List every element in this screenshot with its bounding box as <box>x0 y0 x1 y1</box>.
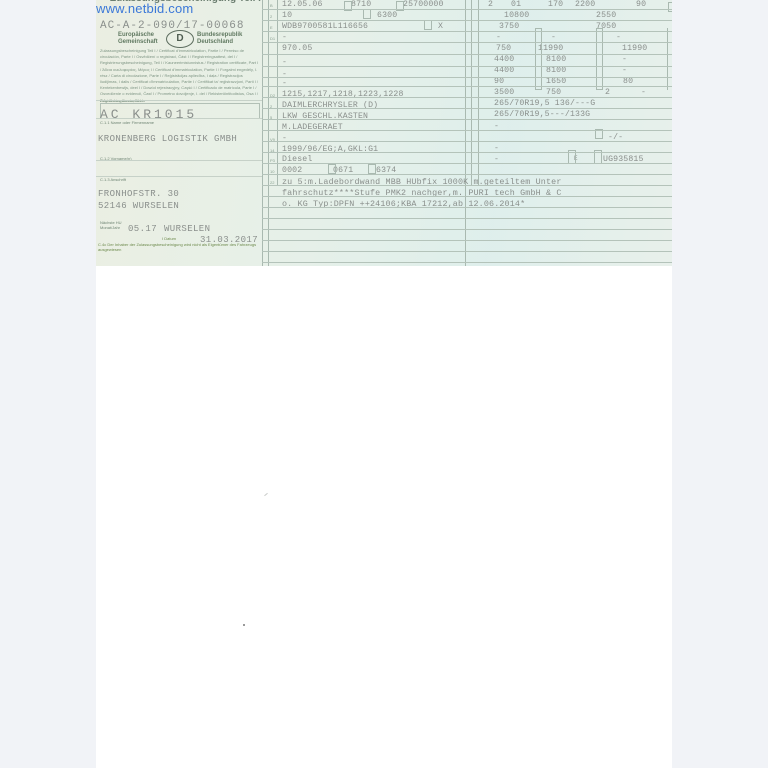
form-rule <box>262 97 672 98</box>
field-value: 1650 <box>546 77 566 86</box>
scan-speck <box>243 624 245 626</box>
axle-load-1-national: 8100 <box>546 55 566 64</box>
axle-load-1: 4400 <box>494 55 514 64</box>
form-rule <box>262 251 672 252</box>
form-rule <box>262 119 672 120</box>
field-code: D1 <box>270 36 275 41</box>
form-rule <box>262 185 672 186</box>
form-rule <box>262 163 672 164</box>
field-box <box>363 9 371 19</box>
height: 3750 <box>499 22 519 31</box>
form-rule <box>262 9 672 10</box>
form-rule <box>262 54 672 55</box>
country-code-oval: D <box>166 30 194 48</box>
next-inspection-date: 05.17 <box>128 224 157 234</box>
vin: WDB9700581L116656 <box>282 22 368 31</box>
form-rule <box>262 141 672 142</box>
field-value: - <box>616 33 621 42</box>
form-rule <box>96 118 262 119</box>
form-rule <box>262 66 672 67</box>
form-rule <box>262 152 672 153</box>
address-street: FRONHOFSTR. 30 <box>98 189 179 199</box>
field-value: - <box>622 66 627 75</box>
form-rule <box>262 20 672 21</box>
field-value: - <box>641 88 646 97</box>
field-box <box>424 20 432 30</box>
date-label: I Datum <box>162 236 176 241</box>
form-rule <box>262 218 672 219</box>
field-box <box>368 164 376 174</box>
field-value: 10 <box>282 11 292 20</box>
holder-label: C.1.1 Name oder Firmenname <box>100 120 154 125</box>
form-rule <box>262 240 672 241</box>
column-divider <box>465 0 466 266</box>
field-box <box>535 28 542 90</box>
width: 2550 <box>596 11 616 20</box>
field-box <box>668 2 672 12</box>
first-registration-date: 12.05.06 <box>282 0 323 9</box>
form-rule <box>262 77 672 78</box>
towing-unbraked: 750 <box>546 88 561 97</box>
issue-place: WURSELEN <box>164 224 210 234</box>
type-variant: 970.05 <box>282 44 312 53</box>
form-rule <box>96 160 262 161</box>
length: 10800 <box>504 11 529 20</box>
field-code: B <box>270 3 273 8</box>
form-rule <box>262 174 672 175</box>
column-divider <box>277 0 278 185</box>
form-rule <box>262 229 672 230</box>
column-divider <box>478 0 479 185</box>
towing-braked: 3500 <box>494 88 514 97</box>
max-speed: 90 <box>636 0 646 9</box>
address-label: C.1.3 Anschrift <box>100 177 126 182</box>
seats: 2 <box>605 88 610 97</box>
form-rule <box>96 176 262 177</box>
column-divider <box>268 0 269 266</box>
form-rule <box>262 42 672 43</box>
rpm: 2200 <box>575 0 595 9</box>
power-kw: 170 <box>548 0 563 9</box>
form-rule <box>262 196 672 197</box>
multilingual-fine-print: Zulassungsbescheinigung Teil I / Certifi… <box>100 48 260 104</box>
form-rule <box>96 100 262 101</box>
holder-name: KRONENBERG LOGISTIK GMBH <box>98 134 237 144</box>
holder-footnote: C.4c Der Inhaber der Zulassungsbescheini… <box>98 242 258 252</box>
field-value: - <box>282 33 287 42</box>
next-inspection-label: Nächste HU Monat/Jahr <box>100 220 128 230</box>
field-value: 01 <box>511 0 521 9</box>
field-value: 6300 <box>377 11 397 20</box>
field-value: 80 <box>623 77 633 86</box>
form-rule <box>262 108 672 109</box>
form-rule <box>262 262 672 263</box>
field-value: - <box>551 33 556 42</box>
field-code: E <box>270 25 273 30</box>
column-divider <box>471 0 472 185</box>
form-rule <box>262 130 672 131</box>
field-code: 2 <box>270 14 272 19</box>
tyre-size-axle-2: 265/70R19,5---/133G <box>494 110 590 119</box>
axles-count: 2 <box>488 0 493 9</box>
vehicle-registration-scan: Zulassungsbescheinigung Teil I www.netbi… <box>96 0 672 266</box>
form-rule <box>262 207 672 208</box>
max-mass-national: 11990 <box>622 44 647 53</box>
type-code: 25700000 <box>403 0 444 9</box>
field-value: 90 <box>494 77 504 86</box>
axle-load-2: 4400 <box>494 66 514 75</box>
field-box <box>328 164 336 174</box>
form-rule <box>262 86 672 87</box>
eu-label: Europäische Gemeinschaft <box>118 32 158 46</box>
holder-panel: Zulassungsbescheinigung Teil I www.netbi… <box>96 0 262 266</box>
field-box <box>667 28 668 90</box>
field-value: 750 <box>496 44 511 53</box>
column-divider <box>262 0 263 266</box>
form-rule <box>262 31 672 32</box>
field-box <box>596 28 603 90</box>
country-label: Bundesrepublik Deutschland <box>197 32 242 46</box>
vin-check: X <box>438 22 443 31</box>
address-city: 52146 WURSELEN <box>98 201 179 211</box>
axle-load-2-national: 8100 <box>546 66 566 75</box>
watermark-link[interactable]: www.netbid.com <box>96 1 193 16</box>
tyre-size-axle-1: 265/70R19,5 136/---G <box>494 99 595 108</box>
field-value: - <box>496 33 501 42</box>
field-value: - <box>622 55 627 64</box>
manufacturer-code: 8710 <box>351 0 371 9</box>
